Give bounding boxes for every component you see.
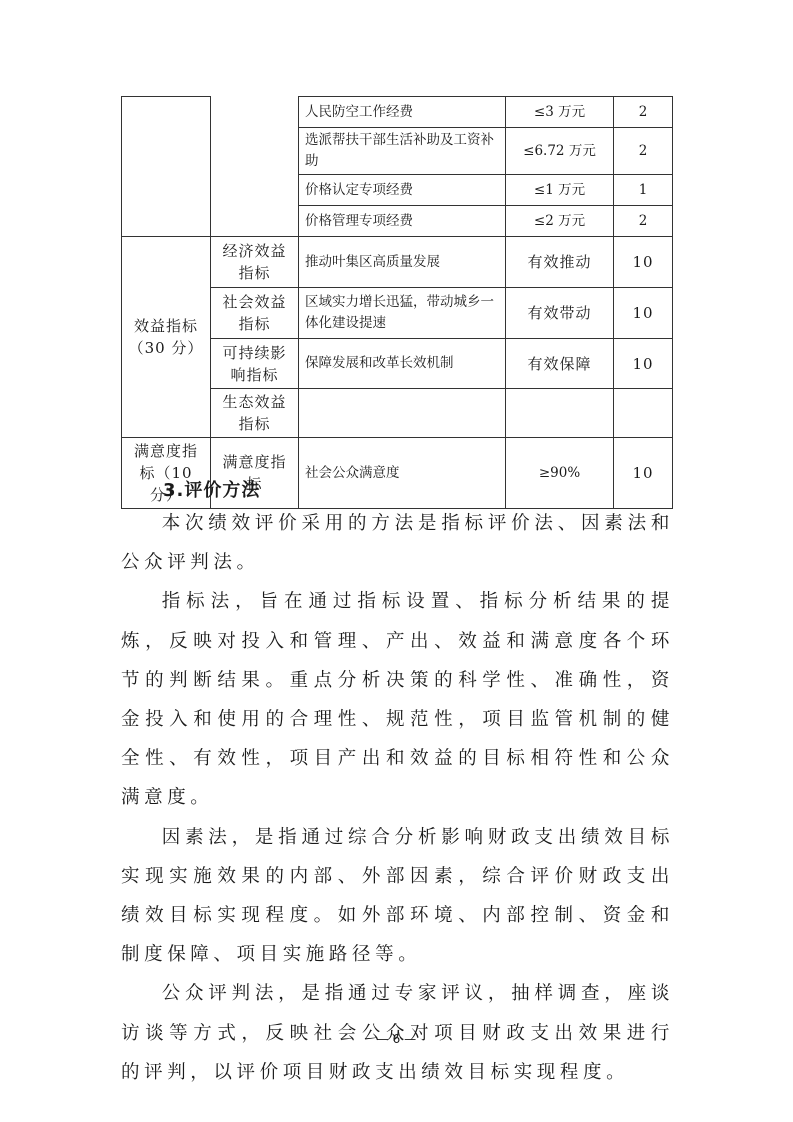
indicator-name: 保障发展和改革长效机制 (299, 339, 506, 389)
table-row: 效益指标（30 分） 经济效益指标 推动叶集区高质量发展 有效推动 10 (122, 237, 673, 288)
sub-category-cell-empty (211, 97, 299, 237)
indicator-score: 10 (614, 339, 673, 389)
indicator-name: 选派帮扶干部生活补助及工资补助 (299, 128, 506, 175)
paragraph: 本次绩效评价采用的方法是指标评价法、因素法和公众评判法。 (121, 504, 674, 582)
indicator-score: 2 (614, 128, 673, 175)
indicator-target: ≤6.72 万元 (506, 128, 614, 175)
indicator-score: 1 (614, 175, 673, 206)
indicator-score: 2 (614, 206, 673, 237)
indicator-target: 有效推动 (506, 237, 614, 288)
category-cell-empty (122, 97, 211, 237)
indicator-name: 价格认定专项经费 (299, 175, 506, 206)
indicator-score: 10 (614, 438, 673, 509)
sub-category: 生态效益指标 (211, 389, 299, 438)
indicator-target: 有效保障 (506, 339, 614, 389)
paragraph: 因素法，是指通过综合分析影响财政支出绩效目标实现实施效果的内部、外部因素，综合评… (121, 818, 674, 975)
section-heading: 3.评价方法 (163, 476, 260, 502)
indicator-name: 人民防空工作经费 (299, 97, 506, 128)
indicator-score: 2 (614, 97, 673, 128)
sub-category: 可持续影响指标 (211, 339, 299, 389)
indicator-target: ≤1 万元 (506, 175, 614, 206)
indicator-score (614, 389, 673, 438)
indicator-target: ≥90% (506, 438, 614, 509)
indicator-target: ≤3 万元 (506, 97, 614, 128)
indicator-score: 10 (614, 288, 673, 339)
indicator-name: 区域实力增长迅猛，带动城乡一体化建设提速 (299, 288, 506, 339)
table-row: 人民防空工作经费 ≤3 万元 2 (122, 97, 673, 128)
sub-category: 社会效益指标 (211, 288, 299, 339)
indicator-name: 价格管理专项经费 (299, 206, 506, 237)
benefit-category: 效益指标（30 分） (122, 237, 211, 438)
indicator-name: 社会公众满意度 (299, 438, 506, 509)
indicator-table: 人民防空工作经费 ≤3 万元 2 选派帮扶干部生活补助及工资补助 ≤6.72 万… (121, 96, 673, 509)
indicator-name: 推动叶集区高质量发展 (299, 237, 506, 288)
paragraph: 指标法，旨在通过指标设置、指标分析结果的提炼，反映对投入和管理、产出、效益和满意… (121, 582, 674, 817)
indicator-target (506, 389, 614, 438)
indicator-target: ≤2 万元 (506, 206, 614, 237)
indicator-target: 有效带动 (506, 288, 614, 339)
indicator-name (299, 389, 506, 438)
sub-category: 经济效益指标 (211, 237, 299, 288)
indicator-score: 10 (614, 237, 673, 288)
page-number: — 6 — (0, 1032, 793, 1046)
section-body: 本次绩效评价采用的方法是指标评价法、因素法和公众评判法。 指标法，旨在通过指标设… (121, 504, 674, 1092)
